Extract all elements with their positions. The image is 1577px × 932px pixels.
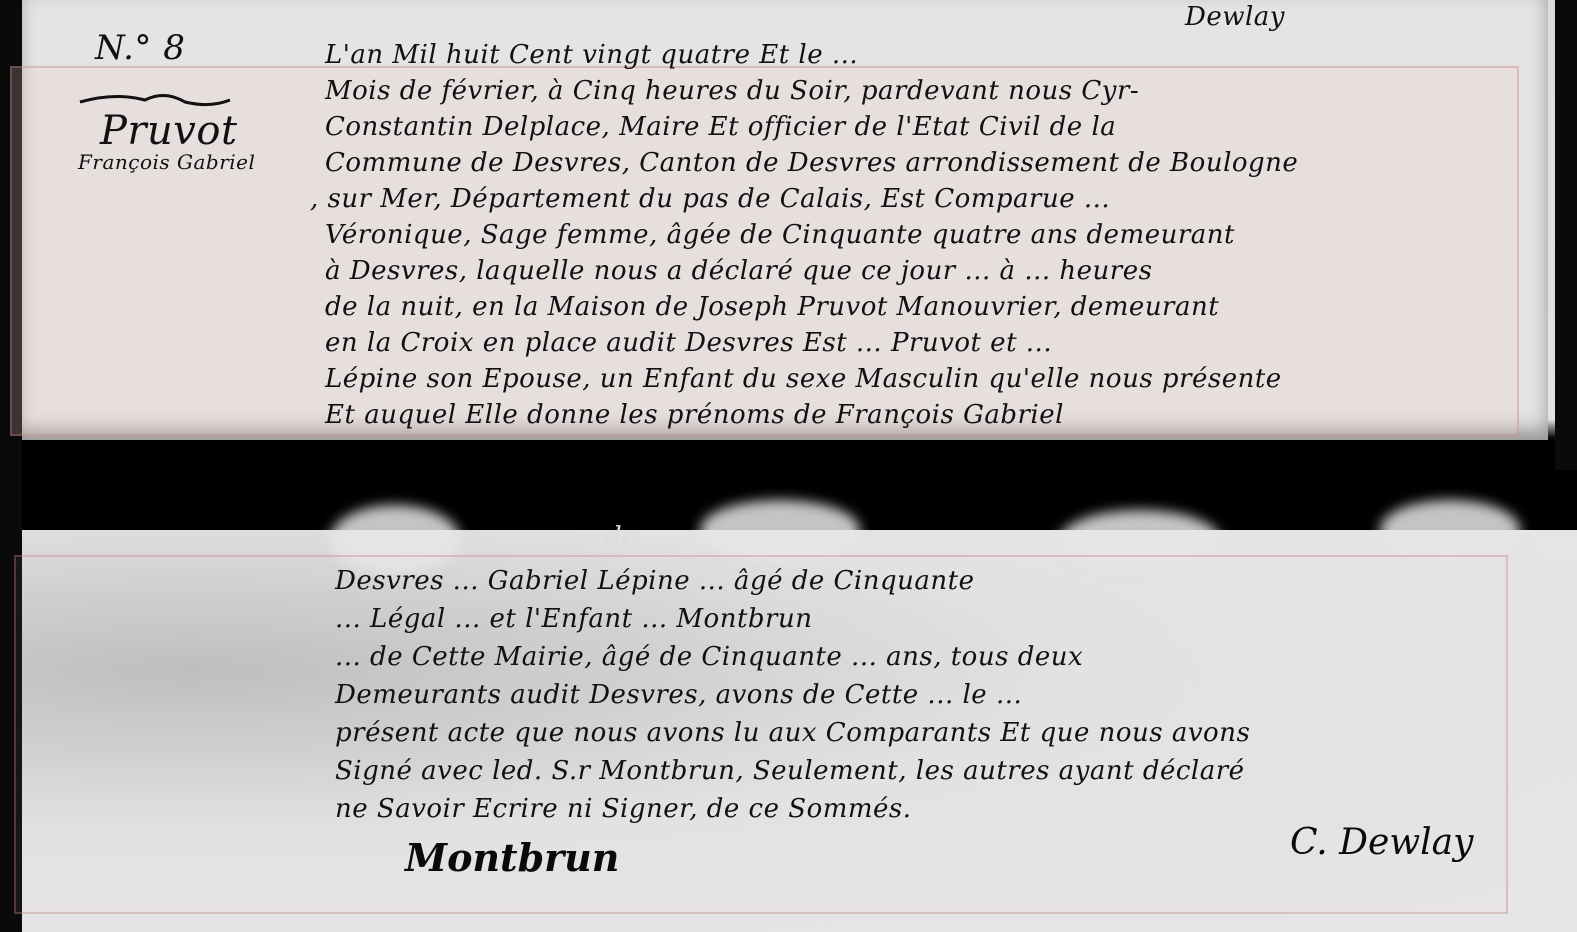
text-line: de la nuit, en la Maison de Joseph Pruvo… [325, 292, 1219, 322]
text-line: à Desvres, laquelle nous a déclaré que c… [325, 256, 1152, 286]
text-line: Mois de février, à Cinq heures du Soir, … [325, 76, 1139, 106]
text-line: L'an Mil huit Cent vingt quatre Et le ..… [325, 40, 858, 70]
margin-given-names: François Gabriel [78, 150, 255, 174]
text-line: Desvres ... Gabriel Lépine ... âgé de Ci… [335, 566, 974, 596]
record-number: N.° 8 [95, 28, 185, 68]
margin-surname: Pruvot [100, 108, 238, 154]
text-line: en la Croix en place audit Desvres Est .… [325, 328, 1052, 358]
binding-edge-right [1555, 0, 1577, 470]
text-line: , sur Mer, Département du pas de Calais,… [310, 184, 1110, 214]
paper-patch [700, 500, 860, 560]
flourish-icon [75, 88, 235, 108]
text-line: Commune de Desvres, Canton de Desvres ar… [325, 148, 1298, 178]
text-line: Demeurants audit Desvres, avons de Cette… [335, 680, 1022, 710]
text-line: Signé avec led. S.r Montbrun, Seulement,… [335, 756, 1245, 786]
document-scan: Dewlay N.° 8 Pruvot François Gabriel L'a… [0, 0, 1577, 932]
paper-patch [1380, 500, 1520, 560]
signature-dewlay: C. Dewlay [1290, 822, 1473, 863]
text-line: Véronique, Sage femme, âgée de Cinquante… [325, 220, 1235, 250]
top-reference-text: Dewlay [1185, 2, 1285, 32]
text-line: présent acte que nous avons lu aux Compa… [335, 718, 1250, 748]
text-line: Constantin Delplace, Maire Et officier d… [325, 112, 1116, 142]
text-line: ... de ... [570, 522, 673, 552]
text-line: ... Légal ... et l'Enfant ... Montbrun [335, 604, 812, 634]
text-line: ... de Cette Mairie, âgé de Cinquante ..… [335, 642, 1083, 672]
signature-montbrun: Montbrun [405, 835, 619, 880]
text-line: Et auquel Elle donne les prénoms de Fran… [325, 400, 1064, 430]
text-line: Lépine son Epouse, un Enfant du sexe Mas… [325, 364, 1282, 394]
text-line: ne Savoir Ecrire ni Signer, de ce Sommés… [335, 794, 912, 824]
